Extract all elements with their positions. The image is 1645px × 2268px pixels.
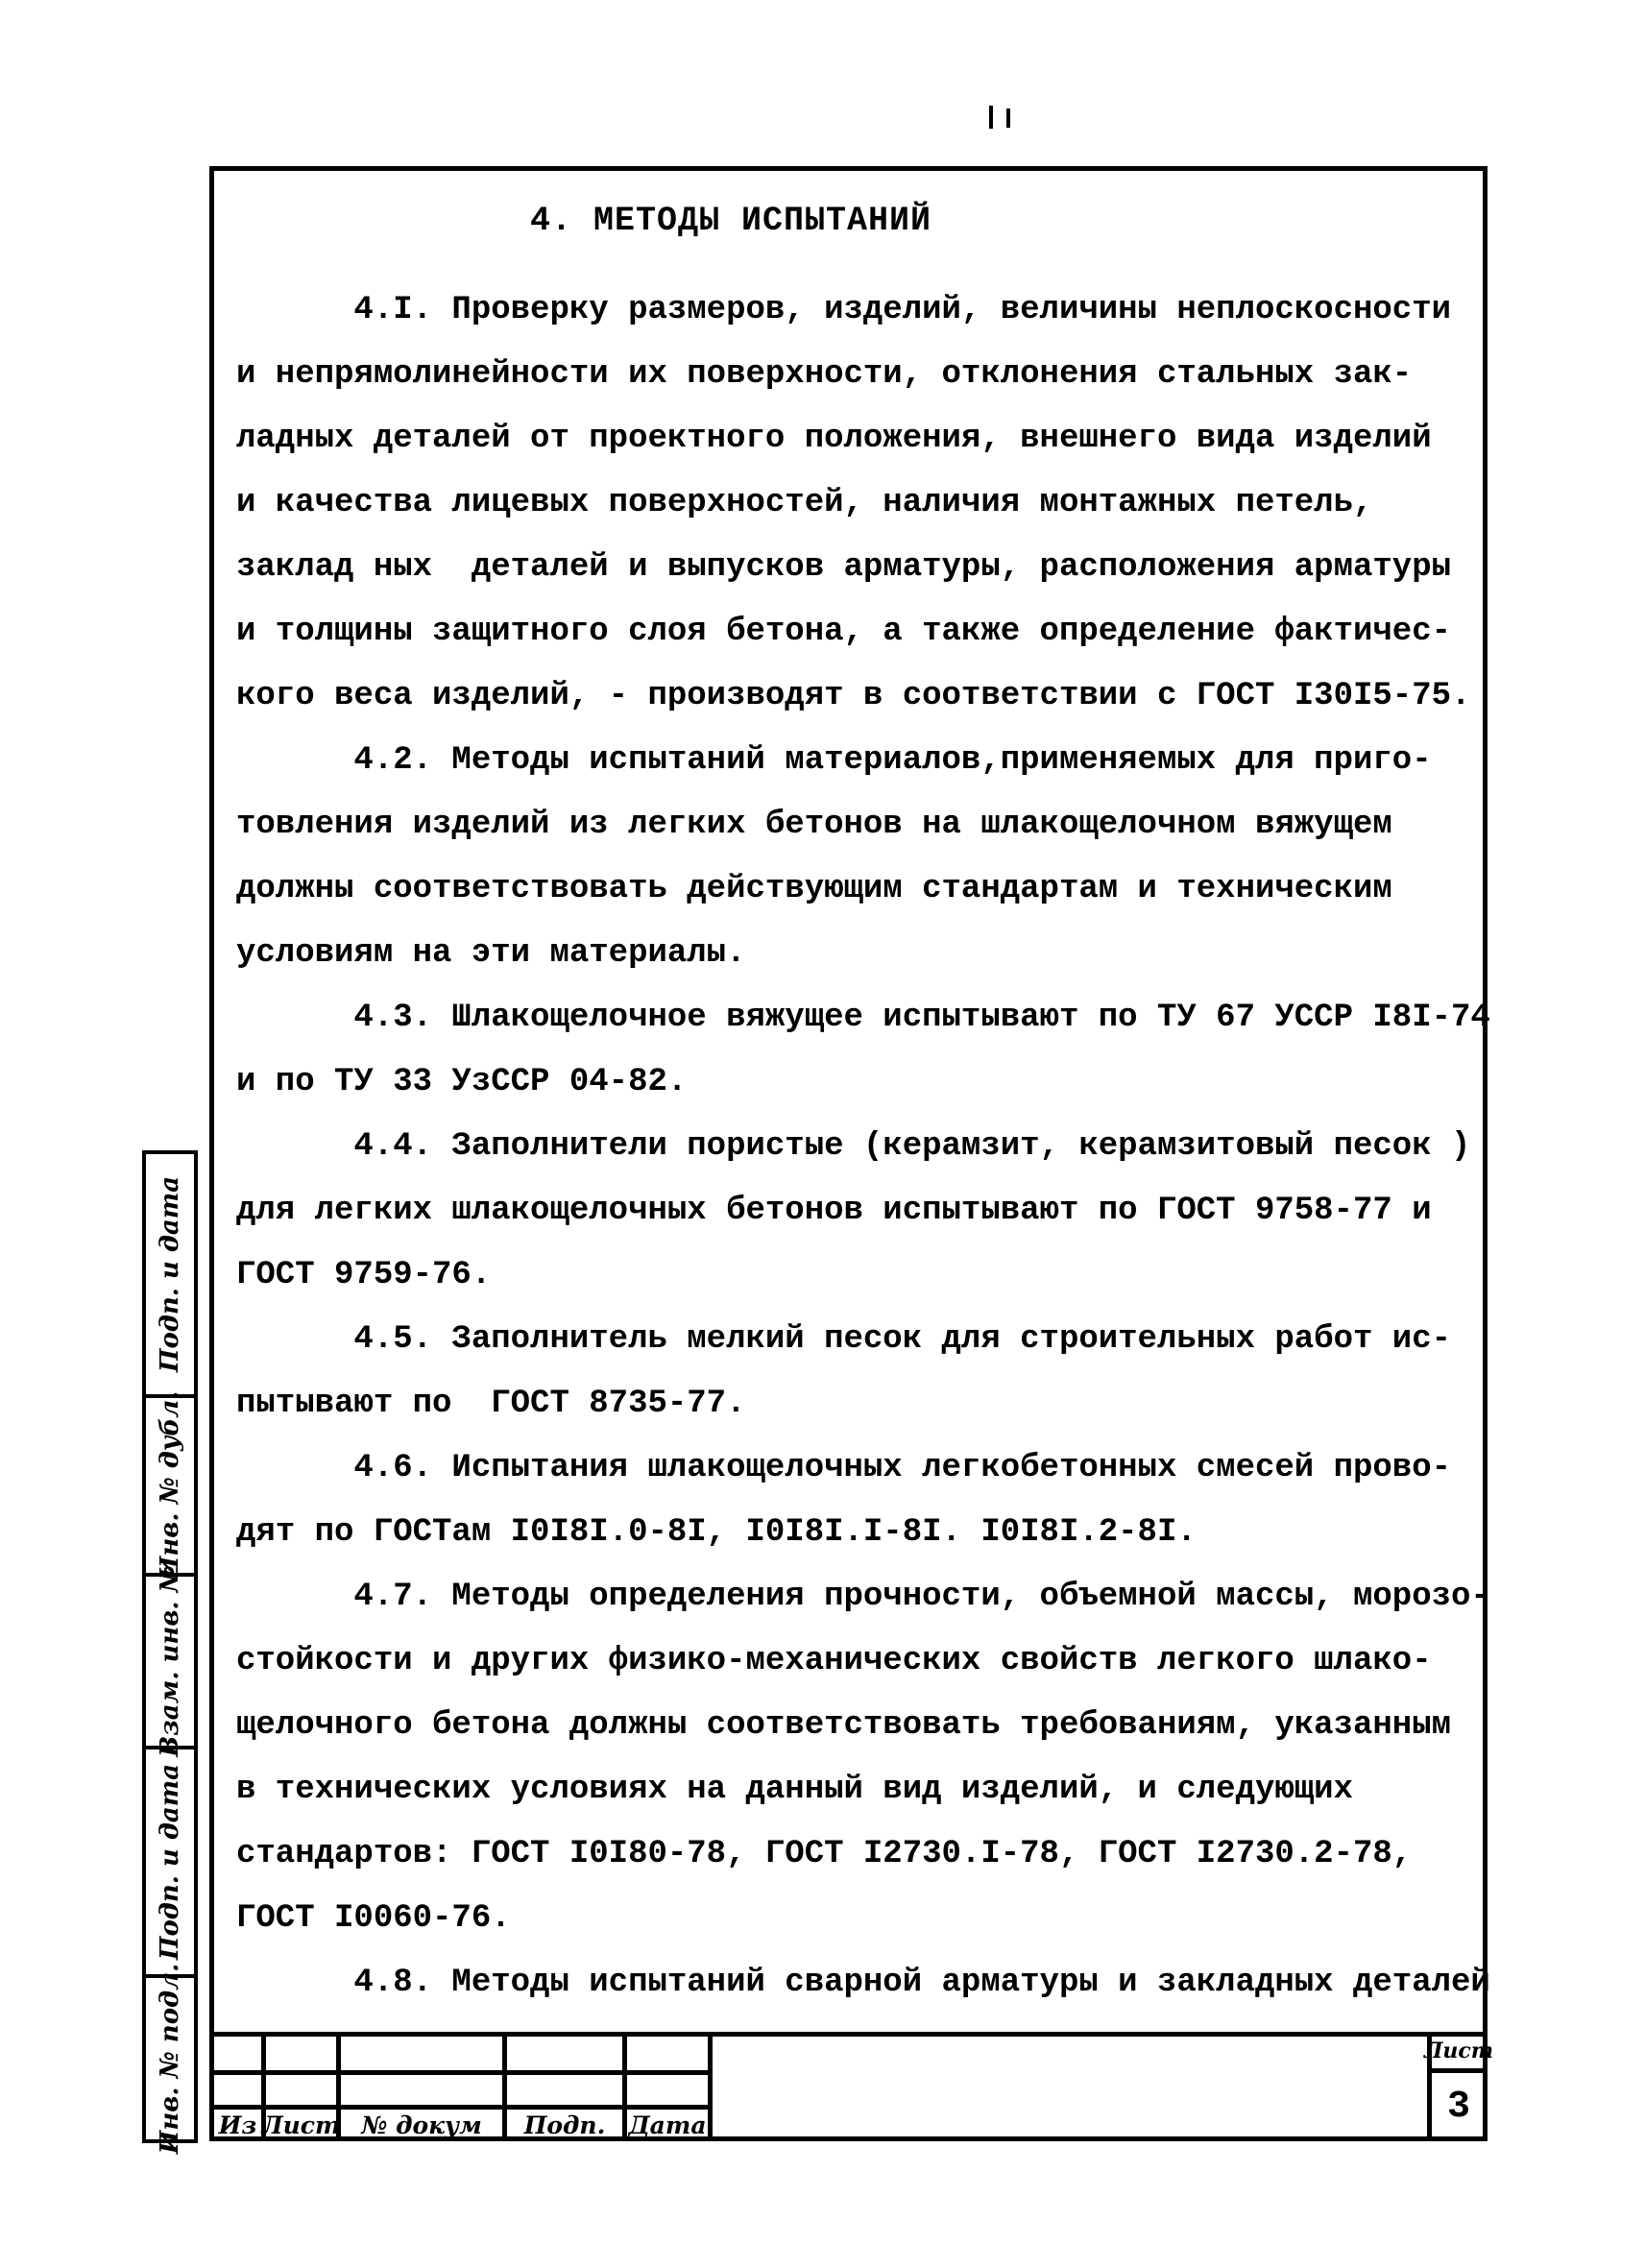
section-heading: 4. МЕТОДЫ ИСПЫТАНИЙ — [530, 202, 931, 240]
text-line: и непрямолинейности их поверхности, откл… — [236, 343, 1490, 407]
text-line: дят по ГОСТам I0I8I.0-8I, I0I8I.I-8I. I0… — [236, 1501, 1490, 1565]
revision-table-row-rule — [209, 2070, 713, 2075]
sidebar-cell-inv-dubl: Инв. № дубл. — [146, 1398, 194, 1577]
text-line: ГОСТ 9759-76. — [236, 1243, 1490, 1308]
scan-artifact-tick — [1006, 109, 1010, 128]
revision-table-divider — [708, 2032, 713, 2141]
text-line: 4.2. Методы испытаний материалов,применя… — [236, 729, 1490, 793]
document-text: 4.I. Проверку размеров, изделий, величин… — [236, 278, 1490, 2015]
text-line: в технических условиях на данный вид изд… — [236, 1758, 1490, 1822]
sheet-label: Лист — [1432, 2034, 1486, 2068]
text-line: должны соответствовать действующим станд… — [236, 857, 1490, 922]
sidebar-label: Инв. № подл. — [156, 1964, 184, 2154]
frame-sidebar: Подп. и дата Инв. № дубл. Взам. инв. № П… — [142, 1150, 198, 2143]
text-line: стойкости и других физико-механических с… — [236, 1629, 1490, 1694]
sidebar-cell-inv-podl: Инв. № подл. — [146, 1978, 194, 2139]
text-line: 4.4. Заполнители пористые (керамзит, кер… — [236, 1115, 1490, 1179]
revision-col-ndocum: № докум — [341, 2110, 502, 2141]
text-line: пытывают по ГОСТ 8735-77. — [236, 1372, 1490, 1436]
text-line: 4.5. Заполнитель мелкий песок для строит… — [236, 1308, 1490, 1372]
revision-col-izm: Из — [214, 2110, 261, 2141]
text-line: ладных деталей от проектного положения, … — [236, 407, 1490, 471]
text-line: 4.8. Методы испытаний сварной арматуры и… — [236, 1951, 1490, 2015]
text-line: заклад ных деталей и выпусков арматуры, … — [236, 536, 1490, 600]
scanned-document-page: 4. МЕТОДЫ ИСПЫТАНИЙ 4.I. Проверку размер… — [0, 0, 1645, 2268]
text-line: товления изделий из легких бетонов на шл… — [236, 793, 1490, 857]
text-line: и толщины защитного слоя бетона, а также… — [236, 600, 1490, 664]
sidebar-label: Подп. и дата — [156, 1764, 184, 1960]
sidebar-cell-vzam-inv: Взам. инв. № — [146, 1577, 194, 1749]
scan-artifact-tick — [989, 106, 993, 129]
text-line: стандартов: ГОСТ I0I80-78, ГОСТ I2730.I-… — [236, 1822, 1490, 1887]
text-line: и качества лицевых поверхностей, наличия… — [236, 471, 1490, 536]
text-line: и по ТУ 33 УзССР 04-82. — [236, 1050, 1490, 1115]
sidebar-label: Подп. и дата — [156, 1176, 184, 1372]
revision-col-data: Дата — [627, 2110, 708, 2141]
text-line: условиям на эти материалы. — [236, 922, 1490, 986]
text-line: 4.I. Проверку размеров, изделий, величин… — [236, 278, 1490, 343]
sidebar-cell-podp-i-data-1: Подп. и дата — [146, 1154, 194, 1398]
revision-col-list: Лист — [266, 2110, 336, 2141]
text-line: 4.7. Методы определения прочности, объем… — [236, 1565, 1490, 1629]
text-line: для легких шлакощелочных бетонов испытыв… — [236, 1179, 1490, 1243]
text-line: 4.3. Шлакощелочное вяжущее испытывают по… — [236, 986, 1490, 1050]
sidebar-label: Взам. инв. № — [156, 1565, 184, 1757]
sidebar-cell-podp-i-data-2: Подп. и дата — [146, 1749, 194, 1978]
text-line: ГОСТ I0060-76. — [236, 1887, 1490, 1951]
revision-col-podp: Подп. — [507, 2110, 622, 2141]
sheet-number: 3 — [1432, 2073, 1486, 2140]
text-line: 4.6. Испытания шлакощелочных легкобетонн… — [236, 1436, 1490, 1501]
text-line: щелочного бетона должны соответствовать … — [236, 1694, 1490, 1758]
text-line: кого веса изделий, - производят в соотве… — [236, 664, 1490, 729]
title-block-top-rule — [209, 2032, 1488, 2037]
sidebar-label: Инв. № дубл. — [156, 1391, 184, 1580]
